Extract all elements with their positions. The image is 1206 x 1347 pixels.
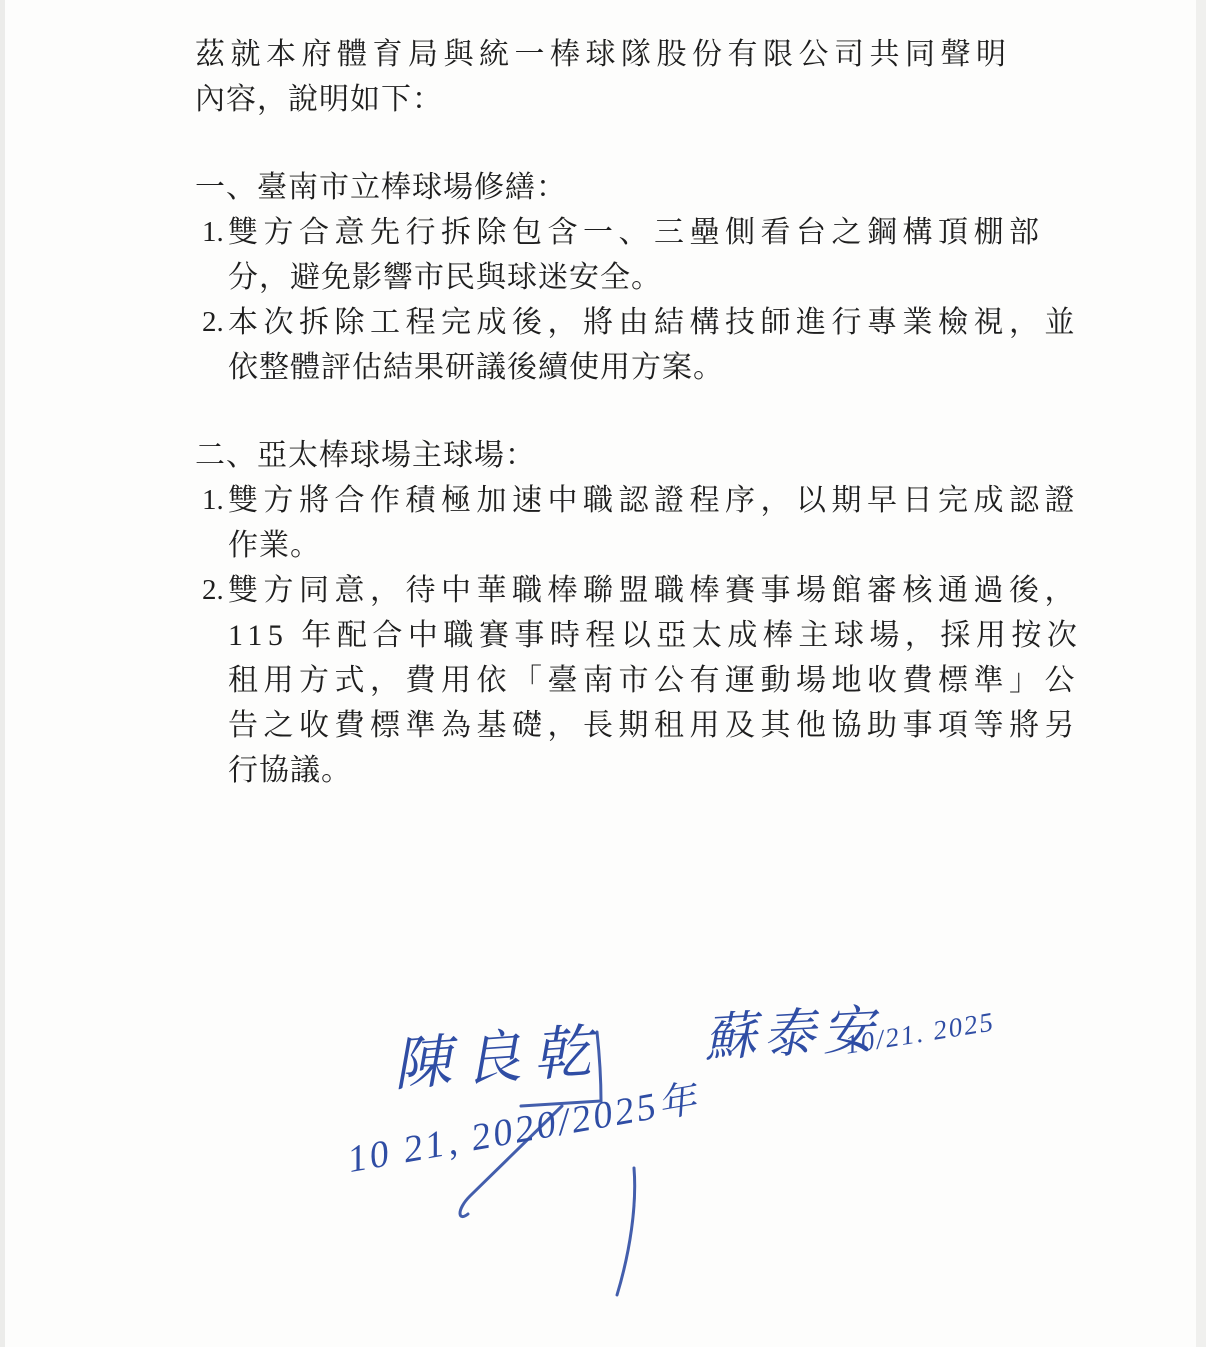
item-line: 雙方將合作積極加速中職認證程序，以期早日完成認證 — [228, 478, 1055, 523]
date-correction-slash — [460, 1106, 562, 1217]
paragraph-gap — [195, 122, 1055, 165]
item-line: 依整體評估結果研議後續使用方案。 — [228, 345, 1055, 390]
item-line: 租用方式，費用依「臺南市公有運動場地收費標準」公 — [228, 658, 1055, 703]
paragraph-gap — [195, 390, 1055, 433]
item-line: 雙方同意，待中華職棒聯盟職棒賽事場館審核通過後， — [228, 568, 1055, 613]
section-2-item-1: 1. 雙方將合作積極加速中職認證程序，以期早日完成認證 作業。 — [195, 478, 1055, 568]
list-number: 1. — [202, 478, 228, 523]
year-descender-stroke — [617, 1168, 635, 1295]
scan-edge-left — [0, 0, 5, 1347]
section-2-heading: 二、亞太棒球場主球場： — [195, 433, 1055, 478]
section-2-item-2: 2. 雙方同意，待中華職棒聯盟職棒賽事場館審核通過後， 115 年配合中職賽事時… — [195, 568, 1055, 793]
item-line: 行協議。 — [228, 748, 1055, 793]
item-line: 115 年配合中職賽事時程以亞太成棒主球場，採用按次 — [228, 613, 1055, 658]
list-number: 2. — [202, 300, 228, 345]
item-line: 告之收費標準為基礎，長期租用及其他協助事項等將另 — [228, 703, 1055, 748]
handwritten-signature-su: 蘇泰安 — [702, 987, 883, 1071]
handwritten-date-su: 10/21. 2025 — [843, 1006, 997, 1060]
list-number: 1. — [202, 210, 228, 255]
item-line: 作業。 — [228, 523, 1055, 568]
handwritten-date-chen: 10 21, 2020/2025年 — [342, 1067, 702, 1183]
intro-line: 內容，說明如下： — [195, 77, 1055, 122]
document-body: 茲就本府體育局與統一棒球隊股份有限公司共同聲明 內容，說明如下： 一、臺南市立棒… — [195, 32, 1055, 793]
handwritten-signature-chen: 陳良乾 — [390, 1003, 605, 1101]
scan-edge-right — [1196, 0, 1206, 1347]
intro-line: 茲就本府體育局與統一棒球隊股份有限公司共同聲明 — [195, 32, 1055, 77]
section-1-item-1: 1. 雙方合意先行拆除包含一、三壘側看台之鋼構頂棚部 分，避免影響市民與球迷安全… — [195, 210, 1055, 300]
section-1-item-2: 2. 本次拆除工程完成後，將由結構技師進行專業檢視，並 依整體評估結果研議後續使… — [195, 300, 1055, 390]
item-line: 雙方合意先行拆除包含一、三壘側看台之鋼構頂棚部 — [228, 210, 1055, 255]
list-number: 2. — [202, 568, 228, 613]
section-1-heading: 一、臺南市立棒球場修繕： — [195, 165, 1055, 210]
signature-tail-stroke — [521, 1032, 601, 1106]
item-line: 本次拆除工程完成後，將由結構技師進行專業檢視，並 — [228, 300, 1055, 345]
item-line: 分，避免影響市民與球迷安全。 — [228, 255, 1055, 300]
